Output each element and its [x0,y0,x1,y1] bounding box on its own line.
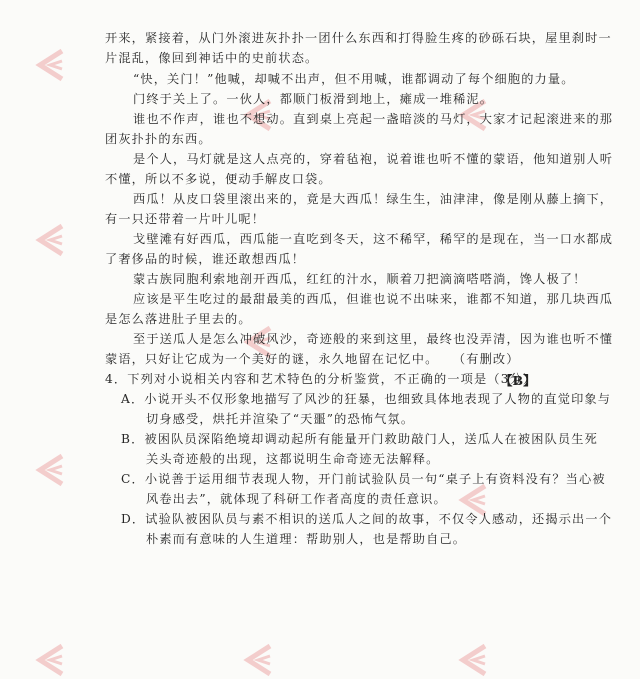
watermark-logo-icon [32,220,72,260]
option-a-cont: 切身感受，烘托并渲染了“天噩”的恐怖气氛。 [146,411,414,427]
option-d: D．试验队被困队员与素不相识的送瓜人之间的故事，不仅令人感动，还揭示出一个 [121,511,612,527]
watermark-logo-icon [240,640,280,679]
text-line: 至于送瓜人是怎么冲破风沙，奇迹般的来到这里，最终也没弄清，因为谁也听不懂 [133,331,613,347]
option-a: A．小说开头不仅形象地描写了风沙的狂暴，也细致具体地表现了人物的直觉印象与 [121,391,611,407]
text-line: 戈壁滩有好西瓜，西瓜能一直吃到冬天，这不稀罕，稀罕的是现在，当一口水都成 [133,231,613,247]
text-line: 谁也不作声，谁也不想动。直到桌上亮起一盏暗淡的马灯，大家才记起滚进来的那 [133,111,613,127]
text-line: 应该是平生吃过的最甜最美的西瓜，但谁也说不出味来，谁都不知道，那几块西瓜 [133,291,613,307]
option-c-cont: 风卷出去”，就体现了科研工作者高度的责任意识。 [146,491,447,507]
option-b-cont: 关头奇迹般的出现，这都说明生命奇迹无法解释。 [146,451,439,467]
watermark-logo-icon [32,450,72,490]
text-line: 是个人，马灯就是这人点亮的，穿着毡袍，说着谁也听不懂的蒙语，他知道别人听 [133,151,613,167]
text-line: 门终于关上了。一伙人，都顺门板滑到地上，瘫成一堆稀泥。 [133,91,493,107]
text-line: 不懂，所以不多说，便动手解皮口袋。 [105,171,332,187]
text-line: 有一只还带着一片叶儿呢！ [105,211,265,227]
option-d-cont: 朴素而有意味的人生道理：帮助别人，也是帮助自己。 [146,531,466,547]
exam-page: 开来，紧接着，从门外滚进灰扑扑一团什么东西和打得脸生疼的砂砾石块，屋里刹时一 片… [0,0,640,679]
watermark-logo-icon [32,45,72,85]
text-line: 蒙古族同胞利索地剖开西瓜，红红的汁水，顺着刀把滴滴嗒嗒淌，馋人极了！ [133,271,586,287]
watermark-logo-icon [455,640,495,679]
text-line: 开来，紧接着，从门外滚进灰扑扑一团什么东西和打得脸生疼的砂砾石块，屋里刹时一 [105,30,612,46]
question-4: 4．下列对小说相关内容和艺术特色的分析鉴赏，不正确的一项是（3分） [105,371,536,387]
text-line: 蒙语，只好让它成为一个美好的谜，永久地留在记忆中。 （有删改） [105,351,520,367]
text-line: 是怎么落进肚子里去的。 [105,311,252,327]
text-line: “快，关门！”他喊，却喊不出声，但不用喊，谁都调动了每个细胞的力量。 [133,71,575,87]
text-line: 了奢侈品的时候，谁还敢想西瓜！ [105,251,305,267]
option-c: C．小说善于运用细节表现人物，开门前试验队员一句“桌子上有资料没有？当心被 [121,471,606,487]
watermark-logo-icon [32,640,72,679]
option-b: B．被困队员深陷绝境却调动起所有能量开门救助敲门人，送瓜人在被困队员生死 [121,431,598,447]
text-line: 西瓜！从皮口袋里滚出来的，竟是大西瓜！绿生生，油津津，像是刚从藤上摘下， [133,191,613,207]
text-line: 团灰扑扑的东西。 [105,131,212,147]
text-line: 片混乱，像回到神话中的史前状态。 [105,50,318,66]
answer-key: 【B】 [500,371,536,389]
